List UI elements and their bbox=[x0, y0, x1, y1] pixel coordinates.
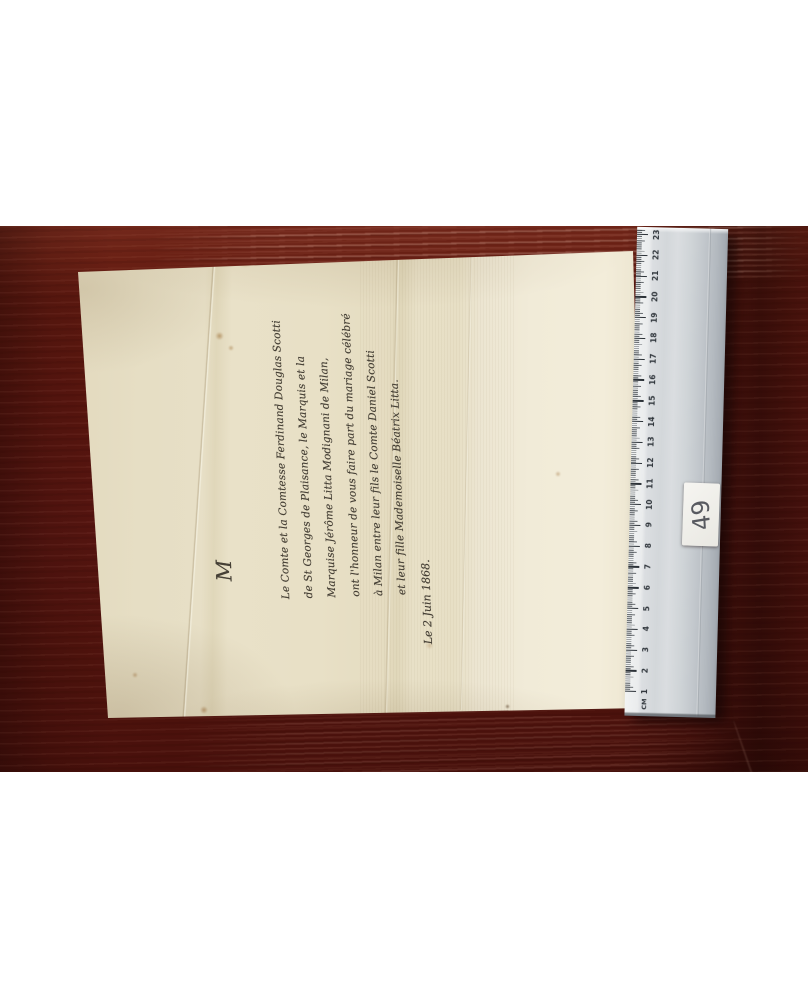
ruler-cm-tick bbox=[636, 275, 647, 277]
wood-sheen-bottom bbox=[180, 716, 740, 772]
ruler-number: 22 bbox=[649, 247, 662, 262]
ruler-unit-label: CM bbox=[639, 697, 649, 712]
ruler-number: 4 bbox=[639, 621, 652, 636]
letterbox-bottom bbox=[0, 772, 808, 1000]
handwritten-text: M Le Comte et la Comtesse Ferdinand Doug… bbox=[200, 325, 466, 654]
ruler-cm-tick bbox=[630, 504, 641, 506]
ruler-cm-tick bbox=[626, 670, 637, 672]
screenshot-root: M Le Comte et la Comtesse Ferdinand Doug… bbox=[0, 0, 808, 1000]
script-lines: Le Comte et la Comtesse Ferdinand Dougla… bbox=[266, 327, 416, 652]
ruler-cm-tick bbox=[629, 525, 640, 527]
ruler-number: 21 bbox=[649, 268, 662, 283]
ruler-number: 13 bbox=[644, 434, 657, 449]
ruler-number: 2 bbox=[638, 663, 651, 678]
ruler-number: 17 bbox=[647, 351, 660, 366]
paper-stain bbox=[132, 672, 138, 678]
ruler-cm-tick bbox=[625, 691, 636, 693]
ruler-cm-tick bbox=[628, 566, 639, 568]
ruler-cm-tick bbox=[626, 649, 637, 651]
ruler-cm-tick bbox=[632, 421, 643, 423]
ruler-cm-tick bbox=[630, 483, 641, 485]
ruler-cm-tick bbox=[633, 400, 644, 402]
ruler-number: 23 bbox=[650, 227, 663, 242]
ruler-cm-tick bbox=[632, 442, 643, 444]
ruler-number: 11 bbox=[643, 476, 656, 491]
ruler-cm-tick bbox=[636, 255, 647, 257]
ruler-number: 3 bbox=[639, 642, 652, 657]
ruler-cm-tick bbox=[633, 379, 644, 381]
salutation-m: M bbox=[204, 332, 259, 581]
ruler-cm-tick bbox=[627, 628, 638, 630]
letterbox-top bbox=[0, 0, 808, 226]
ruler-number: 19 bbox=[648, 310, 661, 325]
inventory-number: 49 bbox=[686, 497, 715, 532]
ruler-cm-tick bbox=[631, 462, 642, 464]
ruler-number: 20 bbox=[648, 289, 661, 304]
photograph: M Le Comte et la Comtesse Ferdinand Doug… bbox=[0, 226, 808, 772]
paper-stain bbox=[200, 706, 208, 714]
ruler-number: 8 bbox=[642, 538, 655, 553]
ruler-number: 15 bbox=[645, 393, 658, 408]
ruler-number: 7 bbox=[641, 559, 654, 574]
paper-stain bbox=[555, 471, 561, 477]
ruler-cm-tick bbox=[634, 358, 645, 360]
ruler-number: 14 bbox=[645, 414, 658, 429]
ruler-number: 18 bbox=[647, 330, 660, 345]
ruler-cm-tick bbox=[637, 234, 648, 236]
ruler-number: 12 bbox=[644, 455, 657, 470]
ruler-cm-tick bbox=[634, 338, 645, 340]
inventory-label: 49 bbox=[682, 482, 720, 546]
ruler-cm-tick bbox=[627, 608, 638, 610]
paper-stain bbox=[505, 704, 510, 709]
ruler-cm-tick bbox=[628, 587, 639, 589]
ruler-number: 5 bbox=[640, 601, 653, 616]
ruler-number: 10 bbox=[643, 497, 656, 512]
ruler-cm-tick bbox=[635, 317, 646, 319]
ruler-cm-tick bbox=[629, 545, 640, 547]
date-line: Le 2 Juin 1868. bbox=[411, 326, 435, 644]
ruler-cm-tick bbox=[635, 296, 646, 298]
ruler-scale: 2322212019181716151413121110987654321 bbox=[624, 227, 728, 718]
ruler-number: 16 bbox=[646, 372, 659, 387]
ruler-number: 6 bbox=[641, 580, 654, 595]
ruler: 2322212019181716151413121110987654321 CM bbox=[624, 227, 728, 718]
ruler-number: 9 bbox=[642, 517, 655, 532]
